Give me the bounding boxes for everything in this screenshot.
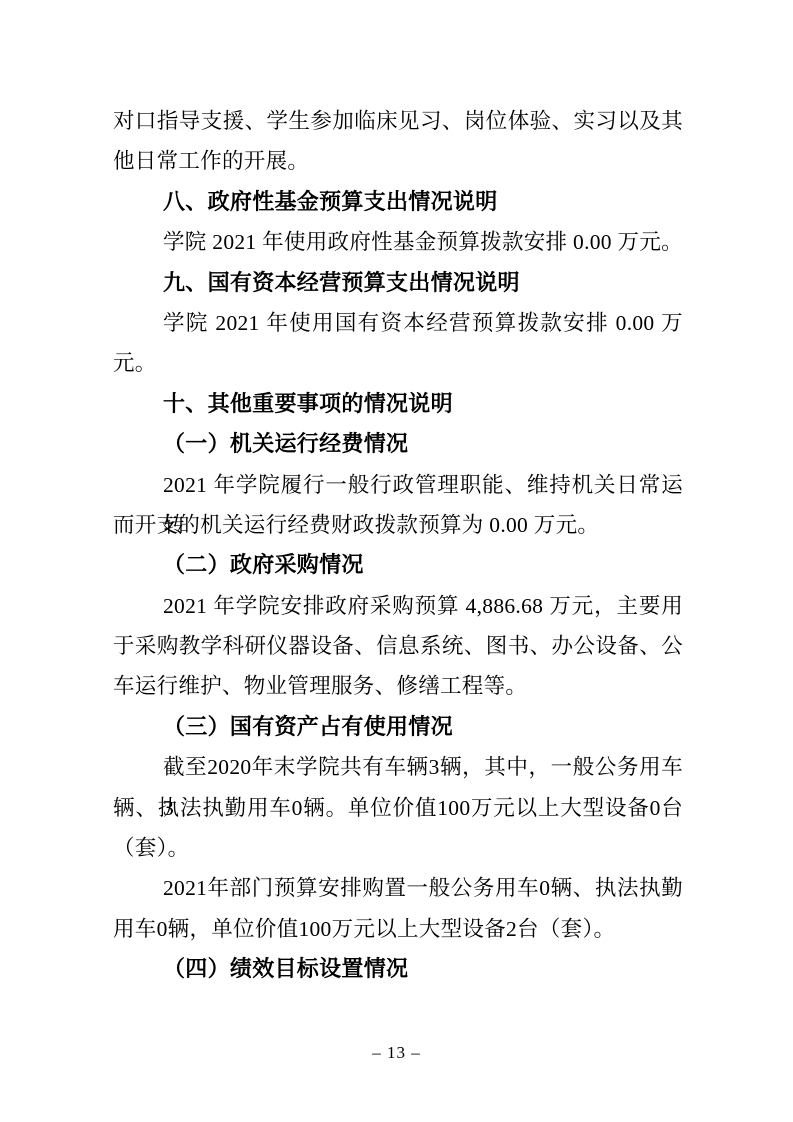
subsection-heading-2: （二）政府采购情况 (113, 545, 683, 585)
paragraph-line: 2021 年学院履行一般行政管理职能、维持机关日常运转 (113, 465, 683, 505)
paragraph-line: 2021 年学院安排政府采购预算 4,886.68 万元，主要用 (113, 586, 683, 626)
paragraph-line: 2021年部门预算安排购置一般公务用车0辆、执法执勤 (113, 868, 683, 908)
subsection-heading-1: （一）机关运行经费情况 (113, 424, 683, 464)
subsection-heading-3: （三）国有资产占有使用情况 (113, 707, 683, 747)
paragraph-line: 元。 (113, 343, 683, 383)
paragraph-line: 对口指导支援、学生参加临床见习、岗位体验、实习以及其 (113, 101, 683, 141)
paragraph-line: 他日常工作的开展。 (113, 141, 683, 181)
paragraph-line: 辆、执法执勤用车0辆。单位价值100万元以上大型设备0台 (113, 788, 683, 828)
section-heading-9: 九、国有资本经营预算支出情况说明 (113, 263, 683, 303)
page-number: – 13 – (372, 1043, 421, 1062)
paragraph-line: 学院 2021 年使用政府性基金预算拨款安排 0.00 万元。 (113, 222, 683, 262)
paragraph-line: 截至2020年末学院共有车辆3辆，其中，一般公务用车3 (113, 747, 683, 787)
paragraph-line: 用车0辆，单位价值100万元以上大型设备2台（套）。 (113, 909, 683, 949)
paragraph-line: 于采购教学科研仪器设备、信息系统、图书、办公设备、公 (113, 626, 683, 666)
document-page: 对口指导支援、学生参加临床见习、岗位体验、实习以及其 他日常工作的开展。 八、政… (0, 0, 793, 1122)
page-footer: – 13 – (0, 1041, 793, 1065)
page-body: 对口指导支援、学生参加临床见习、岗位体验、实习以及其 他日常工作的开展。 八、政… (113, 101, 683, 990)
section-heading-8: 八、政府性基金预算支出情况说明 (113, 182, 683, 222)
section-heading-10: 十、其他重要事项的情况说明 (113, 384, 683, 424)
paragraph-line: 学院 2021 年使用国有资本经营预算拨款安排 0.00 万 (113, 303, 683, 343)
paragraph-line: （套）。 (113, 828, 683, 868)
subsection-heading-4: （四）绩效目标设置情况 (113, 949, 683, 989)
paragraph-line: 而开支的机关运行经费财政拨款预算为 0.00 万元。 (113, 505, 683, 545)
paragraph-line: 车运行维护、物业管理服务、修缮工程等。 (113, 666, 683, 706)
